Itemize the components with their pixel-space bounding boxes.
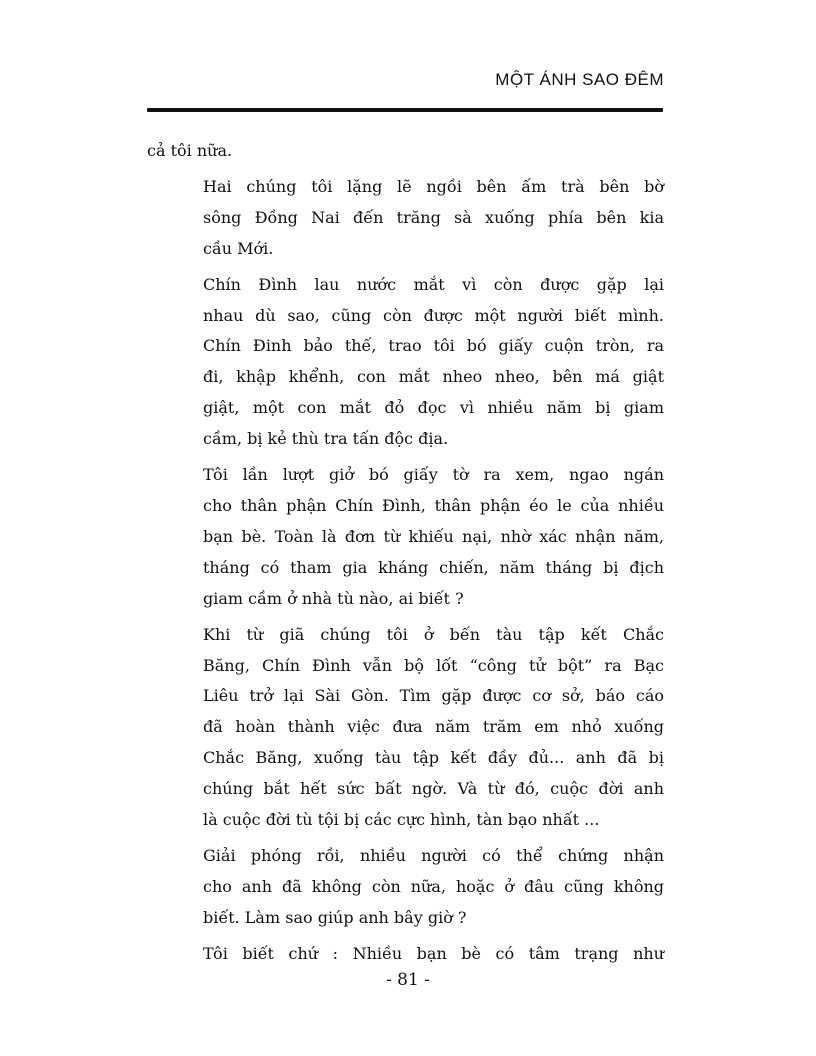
text-line: Khi từ giã chúng tôi ở bến tàu tập kết C… bbox=[147, 620, 664, 651]
body-text: cả tôi nữa. Hai chúng tôi lặng lẽ ngồi b… bbox=[147, 136, 664, 975]
text-line: sông Đồng Nai đến trăng sà xuống phía bê… bbox=[147, 203, 664, 234]
paragraph-7: Tôi biết chứ : Nhiều bạn bè có tâm trạng… bbox=[147, 939, 664, 970]
page-number: - 81 - bbox=[0, 970, 816, 990]
text-line: đi, khập khểnh, con mắt nheo nheo, bên m… bbox=[147, 362, 664, 393]
text-line: cầu Mới. bbox=[147, 234, 664, 265]
text-line: nhau dù sao, cũng còn được một người biế… bbox=[147, 301, 664, 332]
text-line: Băng, Chín Đình vẫn bộ lốt “công tử bột”… bbox=[147, 651, 664, 682]
paragraph-3: Chín Đình lau nước mắt vì còn được gặp l… bbox=[147, 270, 664, 455]
text-line: Giải phóng rồi, nhiều người có thể chứng… bbox=[147, 841, 664, 872]
text-line: bạn bè. Toàn là đơn từ khiếu nại, nhờ xá… bbox=[147, 522, 664, 553]
text-line: cầm, bị kẻ thù tra tấn độc địa. bbox=[147, 424, 664, 455]
text-line: giật, một con mắt đỏ đọc vì nhiều năm bị… bbox=[147, 393, 664, 424]
text-line: Chắc Băng, xuống tàu tập kết đầy đủ... a… bbox=[147, 743, 664, 774]
text-line: cả tôi nữa. bbox=[147, 136, 664, 167]
text-line: cho thân phận Chín Đình, thân phận éo le… bbox=[147, 491, 664, 522]
text-line: cho anh đã không còn nữa, hoặc ở đâu cũn… bbox=[147, 872, 664, 903]
text-line: Hai chúng tôi lặng lẽ ngồi bên ấm trà bê… bbox=[147, 172, 664, 203]
text-line: biết. Làm sao giúp anh bây giờ ? bbox=[147, 903, 664, 934]
paragraph-5: Khi từ giã chúng tôi ở bến tàu tập kết C… bbox=[147, 620, 664, 836]
book-page: MỘT ÁNH SAO ĐÊM cả tôi nữa. Hai chúng tô… bbox=[0, 0, 816, 1056]
text-line: Chín Đinh bảo thế, trao tôi bó giấy cuộn… bbox=[147, 331, 664, 362]
text-line: Chín Đình lau nước mắt vì còn được gặp l… bbox=[147, 270, 664, 301]
paragraph-6: Giải phóng rồi, nhiều người có thể chứng… bbox=[147, 841, 664, 934]
text-line: là cuộc đời tù tội bị các cực hình, tàn … bbox=[147, 805, 664, 836]
paragraph-1: cả tôi nữa. bbox=[147, 136, 664, 167]
text-line: tháng có tham gia kháng chiến, năm tháng… bbox=[147, 553, 664, 584]
text-line: Tôi biết chứ : Nhiều bạn bè có tâm trạng… bbox=[147, 939, 664, 970]
text-line: chúng bắt hết sức bất ngờ. Và từ đó, cuộ… bbox=[147, 774, 664, 805]
text-line: Liêu trở lại Sài Gòn. Tìm gặp được cơ sở… bbox=[147, 681, 664, 712]
paragraph-4: Tôi lần lượt giở bó giấy tờ ra xem, ngao… bbox=[147, 460, 664, 615]
text-line: giam cầm ở nhà tù nào, ai biết ? bbox=[147, 584, 664, 615]
paragraph-2: Hai chúng tôi lặng lẽ ngồi bên ấm trà bê… bbox=[147, 172, 664, 265]
text-line: Tôi lần lượt giở bó giấy tờ ra xem, ngao… bbox=[147, 460, 664, 491]
header-rule-divider bbox=[147, 108, 663, 112]
text-line: đã hoàn thành việc đưa năm trăm em nhỏ x… bbox=[147, 712, 664, 743]
running-header-title: MỘT ÁNH SAO ĐÊM bbox=[495, 70, 664, 90]
